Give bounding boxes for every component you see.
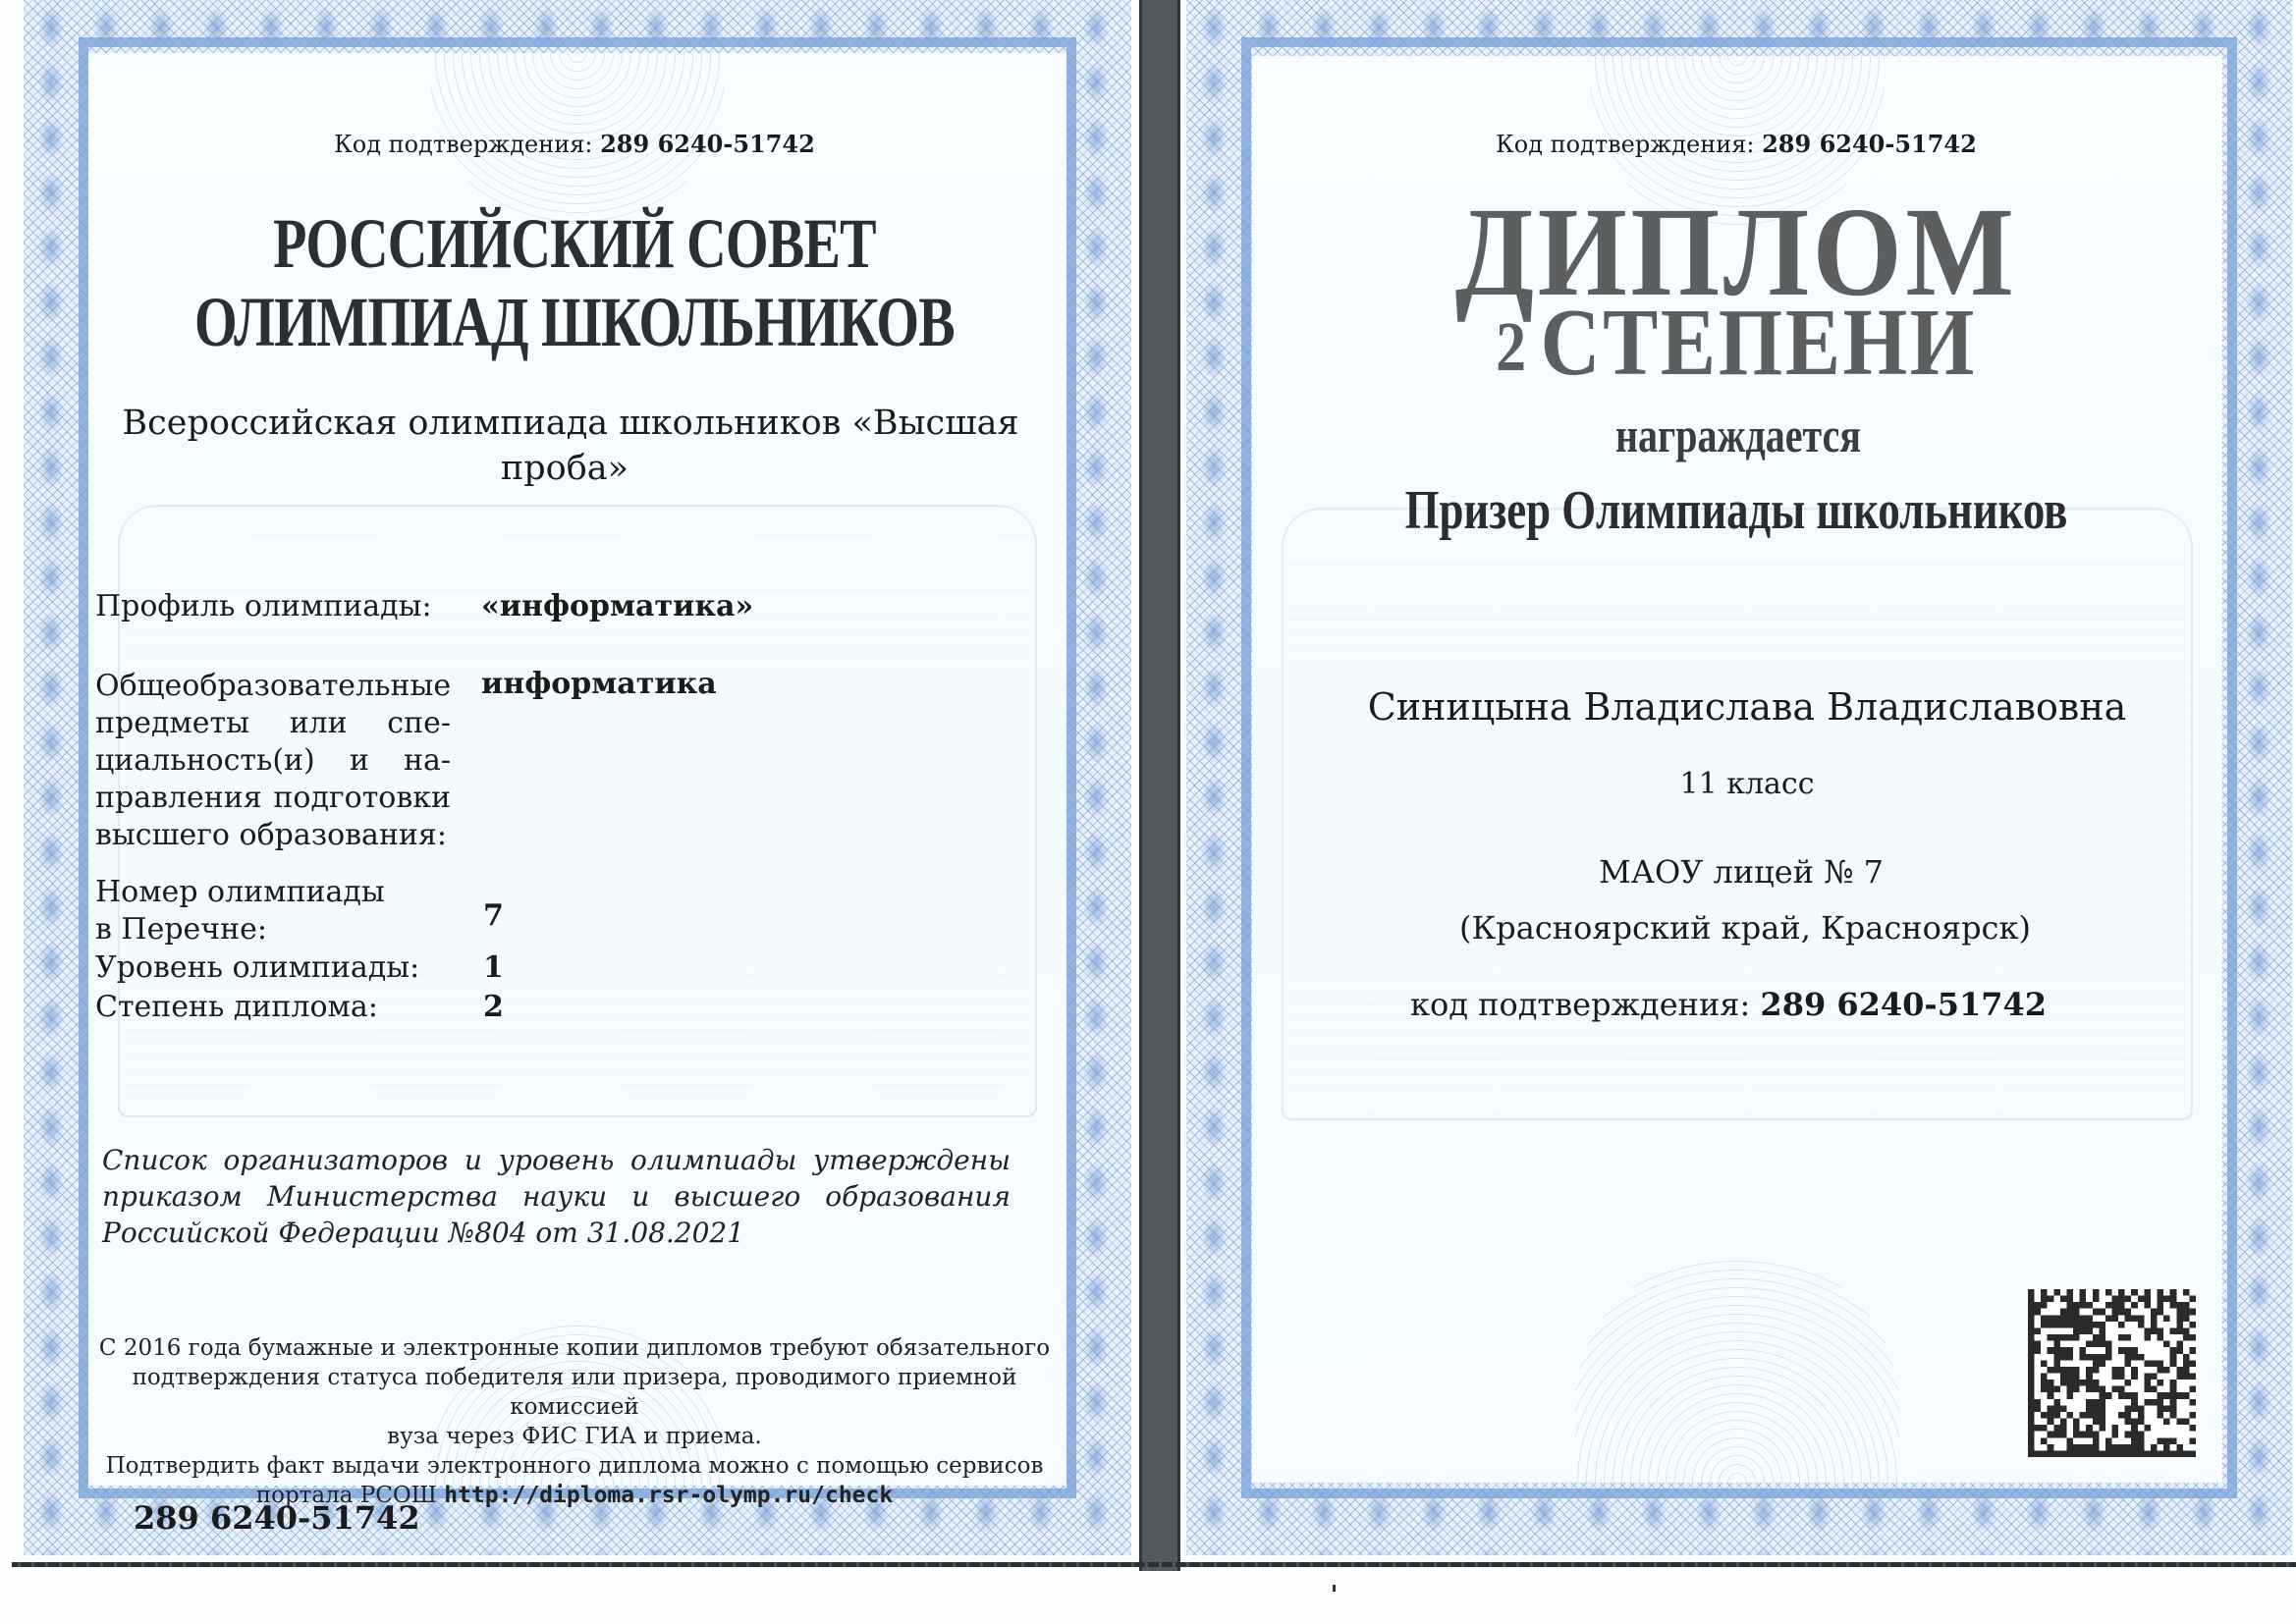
verification-notice: С 2016 года бумажные и электронные копии… bbox=[88, 1333, 1061, 1510]
school-name: МАОУ лицей № 7 bbox=[1599, 856, 1884, 888]
degree-number: 2 bbox=[1496, 307, 1529, 386]
council-title-line1: РОССИЙСКИЙ СОВЕТ bbox=[273, 208, 876, 279]
degree-label: Степень диплома: bbox=[95, 993, 378, 1022]
award-status: Призер Олимпиады школьников bbox=[1405, 483, 2068, 538]
list-number-label: Номер олимпиады bbox=[95, 878, 385, 907]
degree-value: 2 bbox=[483, 993, 504, 1022]
watermark-rosette-icon bbox=[1575, 1257, 1899, 1483]
level-value: 1 bbox=[483, 953, 504, 983]
profile-value: «информатика» bbox=[481, 592, 753, 622]
watermark-book-icon bbox=[1282, 508, 2193, 1120]
olympiad-name: Всероссийская олимпиада школьников «Высш… bbox=[122, 406, 1018, 441]
verification-link[interactable]: http://diploma.rsr-olymp.ru/check bbox=[444, 1483, 893, 1508]
subjects-value: информатика bbox=[481, 670, 717, 699]
subjects-label: Общеобразовательные предметы или спе­циа… bbox=[95, 668, 451, 854]
school-region: (Красноярский край, Красноярск) bbox=[1459, 912, 2031, 944]
profile-label: Профиль олимпиады: bbox=[95, 592, 432, 622]
grade: 11 класс bbox=[1679, 770, 1814, 799]
datamatrix-code-icon bbox=[2028, 1289, 2196, 1457]
footer-code: 289 6240-51742 bbox=[134, 1502, 420, 1534]
olympiad-name-cont: проба» bbox=[501, 452, 629, 486]
confirmation-code-header: Код подтверждения: 289 6240-51742 bbox=[1496, 133, 1977, 156]
approval-note: Список организаторов и уровень олимпиады… bbox=[102, 1142, 1011, 1251]
binding-spine bbox=[1139, 0, 1180, 1571]
list-number-label-cont: в Перечне: bbox=[95, 915, 267, 945]
confirmation-code-footer: код подтверждения: 289 6240-51742 bbox=[1410, 989, 2047, 1020]
council-title-line2: ОЛИМПИАД ШКОЛЬНИКОВ bbox=[194, 287, 955, 357]
scan-edge-line bbox=[12, 1562, 2296, 1567]
awarded-text: награждается bbox=[1615, 410, 1861, 460]
level-label: Уровень олимпиады: bbox=[95, 953, 419, 983]
confirmation-code: 289 6240-51742 bbox=[1762, 130, 1977, 158]
confirmation-code-header: Код подтверждения: 289 6240-51742 bbox=[334, 133, 815, 156]
scan-speck bbox=[1333, 1585, 1336, 1592]
diploma-degree: 2СТЕПЕНИ bbox=[1496, 295, 1977, 391]
list-number-value: 7 bbox=[483, 901, 504, 931]
recipient-name: Синицына Владислава Владиславовна bbox=[1368, 688, 2127, 726]
confirmation-code: 289 6240-51742 bbox=[600, 130, 815, 158]
